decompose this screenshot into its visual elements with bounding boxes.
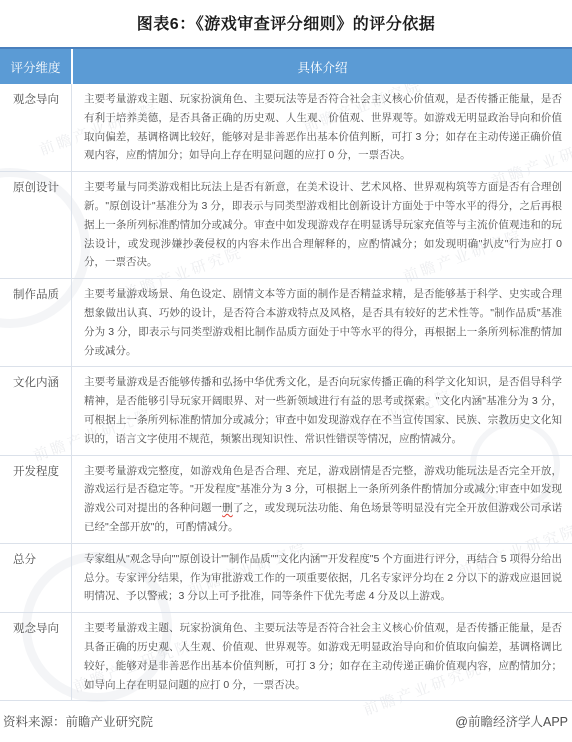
description-cell: 主要考量游戏主题、玩家扮演角色、主要玩法等是否符合社会主义核心价值观，是否传播正… [71, 84, 572, 171]
description-cell: 主要考量游戏场景、角色设定、剧情文本等方面的制作是否精益求精，是否能够基于科学、… [71, 279, 572, 366]
scoring-criteria-table: 评分维度 具体介绍 观念导向 主要考量游戏主题、玩家扮演角色、主要玩法等是否符合… [0, 47, 572, 701]
description-text: 专家组从"观念导向""原创设计""制作品质""文化内涵""开发程度"5 个方面进… [84, 553, 562, 603]
table-row: 开发程度 主要考量游戏完整度，如游戏角色是否合理、充足，游戏剧情是否完整，游戏功… [0, 456, 572, 544]
description-cell: 主要考量游戏完整度，如游戏角色是否合理、充足，游戏剧情是否完整，游戏功能玩法是否… [71, 456, 572, 543]
description-text: 主要考量与同类游戏相比玩法上是否有新意，在美术设计、艺术风格、世界观构筑等方面是… [84, 181, 562, 268]
column-header-dimension: 评分维度 [0, 49, 71, 84]
description-cell: 专家组从"观念导向""原创设计""制作品质""文化内涵""开发程度"5 个方面进… [71, 544, 572, 612]
dimension-cell: 观念导向 [0, 613, 71, 700]
dimension-cell: 观念导向 [0, 84, 71, 171]
table-row: 原创设计 主要考量与同类游戏相比玩法上是否有新意，在美术设计、艺术风格、世界观构… [0, 172, 572, 279]
description-cell: 主要考量游戏是否能够传播和弘扬中华优秀文化，是否向玩家传播正确的科学文化知识，是… [71, 367, 572, 454]
description-cell: 主要考量与同类游戏相比玩法上是否有新意，在美术设计、艺术风格、世界观构筑等方面是… [71, 172, 572, 278]
footer: 资料来源：前瞻产业研究院 @前瞻经济学人APP [3, 712, 568, 730]
dimension-cell: 原创设计 [0, 172, 71, 278]
description-text: 主要考量游戏场景、角色设定、剧情文本等方面的制作是否精益求精，是否能够基于科学、… [84, 288, 562, 356]
table-row: 观念导向 主要考量游戏主题、玩家扮演角色、主要玩法等是否符合社会主义核心价值观，… [0, 84, 572, 172]
spellcheck-marked-text: 删 [222, 502, 233, 514]
dimension-cell: 制作品质 [0, 279, 71, 366]
dimension-cell: 开发程度 [0, 456, 71, 543]
column-header-description: 具体介绍 [73, 49, 572, 84]
chart-title: 图表6：《游戏审查评分细则》的评分依据 [0, 0, 572, 34]
table-row: 文化内涵 主要考量游戏是否能够传播和弘扬中华优秀文化，是否向玩家传播正确的科学文… [0, 367, 572, 455]
description-cell: 主要考量游戏主题、玩家扮演角色、主要玩法等是否符合社会主义核心价值观，是否传播正… [71, 613, 572, 700]
table-row: 观念导向 主要考量游戏主题、玩家扮演角色、主要玩法等是否符合社会主义核心价值观，… [0, 613, 572, 701]
table-row: 制作品质 主要考量游戏场景、角色设定、剧情文本等方面的制作是否精益求精，是否能够… [0, 279, 572, 367]
description-text: 主要考量游戏主题、玩家扮演角色、主要玩法等是否符合社会主义核心价值观，是否传播正… [84, 622, 562, 690]
dimension-cell: 总分 [0, 544, 71, 612]
description-text: 主要考量游戏是否能够传播和弘扬中华优秀文化，是否向玩家传播正确的科学文化知识，是… [84, 376, 562, 444]
table-header-row: 评分维度 具体介绍 [0, 47, 572, 84]
figure-content: 图表6：《游戏审查评分细则》的评分依据 评分维度 具体介绍 观念导向 主要考量游… [0, 0, 572, 701]
dimension-cell: 文化内涵 [0, 367, 71, 454]
table-row: 总分 专家组从"观念导向""原创设计""制作品质""文化内涵""开发程度"5 个… [0, 544, 572, 613]
description-text: 主要考量游戏主题、玩家扮演角色、主要玩法等是否符合社会主义核心价值观，是否传播正… [84, 93, 562, 161]
source-note: 资料来源：前瞻产业研究院 [3, 712, 153, 730]
credit-note: @前瞻经济学人APP [455, 712, 568, 730]
